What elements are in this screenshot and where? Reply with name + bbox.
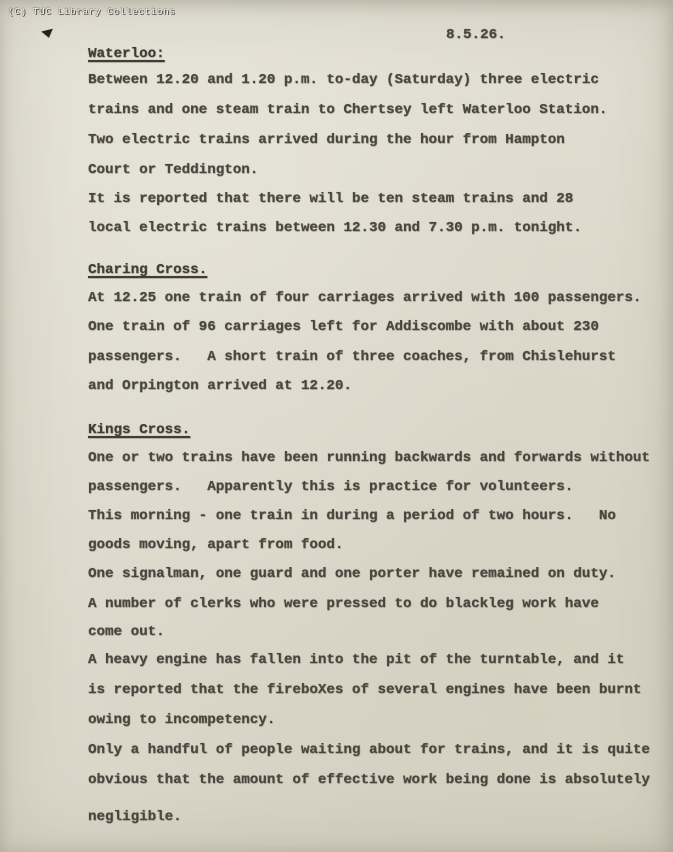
text-line: is reported that the fireboXes of severa…	[88, 683, 641, 697]
document-date: 8.5.26.	[446, 28, 506, 42]
text-line: obvious that the amount of effective wor…	[88, 773, 650, 787]
text-line: Two electric trains arrived during the h…	[88, 133, 565, 147]
text-line: It is reported that there will be ten st…	[88, 192, 573, 206]
text-line: Court or Teddington.	[88, 163, 258, 177]
text-line: goods moving, apart from food.	[88, 538, 343, 552]
text-line: This morning - one train in during a per…	[88, 509, 616, 523]
text-line: come out.	[88, 625, 165, 639]
text-line: local electric trains between 12.30 and …	[88, 221, 582, 235]
text-line: passengers. Apparently this is practice …	[88, 480, 573, 494]
text-line: A heavy engine has fallen into the pit o…	[88, 653, 624, 667]
text-line: One or two trains have been running back…	[88, 451, 650, 465]
typewritten-document-page: (C) TUC Library Collections 8.5.26. Wate…	[0, 0, 673, 852]
text-line: passengers. A short train of three coach…	[88, 350, 616, 364]
text-line: owing to incompetency.	[88, 713, 275, 727]
text-line: At 12.25 one train of four carriages arr…	[88, 291, 641, 305]
copyright-watermark: (C) TUC Library Collections	[8, 6, 175, 17]
text-line: negligible.	[88, 810, 182, 824]
section-heading-charing-cross: Charing Cross.	[88, 263, 207, 277]
text-line: A number of clerks who were pressed to d…	[88, 597, 599, 611]
text-line: One signalman, one guard and one porter …	[88, 567, 616, 581]
section-heading-waterloo: Waterloo:	[88, 47, 165, 61]
text-line: Between 12.20 and 1.20 p.m. to-day (Satu…	[88, 73, 599, 87]
ink-arrow-mark-icon	[41, 29, 55, 40]
text-line: trains and one steam train to Chertsey l…	[88, 103, 607, 117]
text-line: Only a handful of people waiting about f…	[88, 743, 650, 757]
section-heading-kings-cross: Kings Cross.	[88, 423, 190, 437]
text-line: and Orpington arrived at 12.20.	[88, 379, 352, 393]
text-line: One train of 96 carriages left for Addis…	[88, 320, 599, 334]
